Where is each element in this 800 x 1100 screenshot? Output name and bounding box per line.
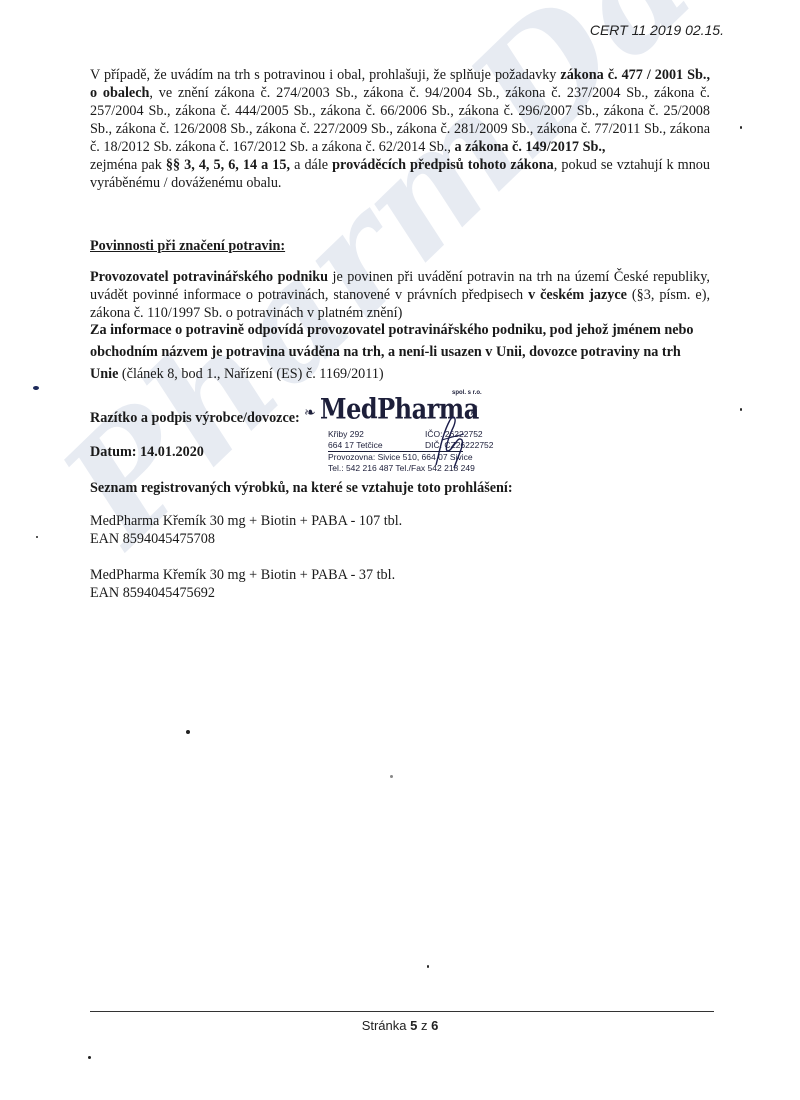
law-last: a zákona č. 149/2017 Sb., <box>451 139 606 155</box>
para-regulations: prováděcích předpisů tohoto zákona <box>332 157 554 173</box>
palm-leaf-icon: ⸙ <box>468 398 480 420</box>
scan-speck <box>186 730 190 734</box>
company-stamp: ❧ MedPharma spol. s r.o. ⸙ Křiby 292 IČO… <box>300 392 490 482</box>
product-item: MedPharma Křemík 30 mg + Biotin + PABA -… <box>90 566 402 602</box>
regulation-reference: (článek 8, bod 1., Nařízení (ES) č. 1169… <box>118 366 383 382</box>
scan-speck <box>740 126 742 129</box>
declaration-paragraph: V případě, že uvádím na trh s potravinou… <box>90 66 710 192</box>
handwritten-signature-icon <box>428 410 468 470</box>
date-label: Datum: 14.01.2020 <box>90 444 204 461</box>
packaging-declaration: V případě, že uvádím na trh s potravinou… <box>90 66 710 192</box>
page-prefix: Stránka <box>362 1018 410 1033</box>
product-ean: EAN 8594045475692 <box>90 584 402 602</box>
scan-speck <box>390 775 393 778</box>
stamp-legal-form: spol. s r.o. <box>452 390 482 396</box>
declaration-intro: V případě, že uvádím na trh s potravinou… <box>90 67 560 83</box>
labeling-paragraph-1: Provozovatel potravinářského podniku je … <box>90 268 710 322</box>
footer-divider <box>90 1011 714 1012</box>
leaf-left-icon: ❧ <box>304 404 316 421</box>
scan-speck <box>36 536 38 538</box>
product-item: MedPharma Křemík 30 mg + Biotin + PABA -… <box>90 512 402 548</box>
document-page: PharmData s.r.o. CERT 11 2019 02.15. V p… <box>0 0 800 1100</box>
scan-speck <box>88 1056 91 1059</box>
law-amendments: , ve znění zákona č. 274/2003 Sb., zákon… <box>90 85 710 155</box>
product-name: MedPharma Křemík 30 mg + Biotin + PABA -… <box>90 512 402 530</box>
page-separator: z <box>417 1018 431 1033</box>
czech-language-term: v českém jazyce <box>528 287 627 303</box>
stamp-address-street: Křiby 292 <box>328 429 364 439</box>
labeling-heading: Povinnosti při značení potravin: <box>90 238 285 255</box>
product-list: MedPharma Křemík 30 mg + Biotin + PABA -… <box>90 512 402 620</box>
product-name: MedPharma Křemík 30 mg + Biotin + PABA -… <box>90 566 402 584</box>
para-sections: §§ 3, 4, 5, 6, 14 a 15, <box>166 157 290 173</box>
stamp-address-city: 664 17 Tetčice <box>328 440 383 450</box>
certificate-code: CERT 11 2019 02.15. <box>590 22 724 38</box>
scan-speck <box>33 386 39 390</box>
labeling-paragraph-2: Za informace o potravině odpovídá provoz… <box>90 319 710 385</box>
para-prefix: zejména pak <box>90 157 166 173</box>
product-ean: EAN 8594045475708 <box>90 530 402 548</box>
para-mid: a dále <box>290 157 332 173</box>
stamp-signature-label: Razítko a podpis výrobce/dovozce: <box>90 410 300 427</box>
scan-speck <box>427 965 429 968</box>
page-total: 6 <box>431 1018 438 1033</box>
operator-term: Provozovatel potravinářského podniku <box>90 269 328 285</box>
page-number: Stránka 5 z 6 <box>0 1018 800 1033</box>
product-list-heading: Seznam registrovaných výrobků, na které … <box>90 480 513 497</box>
scan-speck <box>740 408 742 411</box>
